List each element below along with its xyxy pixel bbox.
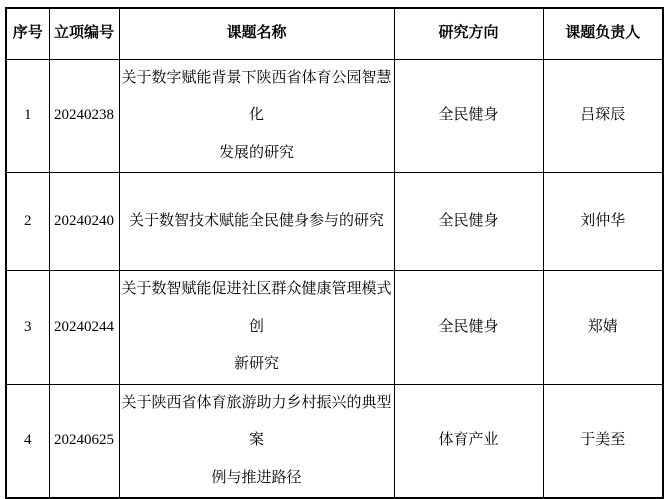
cell-research-direction: 全民健身: [394, 173, 543, 271]
header-serial-number: 序号: [6, 8, 49, 59]
cell-project-code: 20240244: [49, 271, 119, 385]
cell-project-leader: 郑婧: [543, 271, 663, 385]
cell-project-leader: 刘仲华: [543, 173, 663, 271]
table-row: 2 20240240 关于数智技术赋能全民健身参与的研究 全民健身 刘仲华: [6, 173, 663, 271]
cell-serial-number: 4: [6, 384, 49, 498]
cell-project-title: 关于数字赋能背景下陕西省体育公园智慧化 发展的研究: [119, 59, 394, 173]
table-row: 4 20240625 关于陕西省体育旅游助力乡村振兴的典型案 例与推进路径 体育…: [6, 384, 663, 498]
table-row: 1 20240238 关于数字赋能背景下陕西省体育公园智慧化 发展的研究 全民健…: [6, 59, 663, 173]
cell-project-title: 关于陕西省体育旅游助力乡村振兴的典型案 例与推进路径: [119, 384, 394, 498]
cell-project-code: 20240238: [49, 59, 119, 173]
table-header-row: 序号 立项编号 课题名称 研究方向 课题负责人: [6, 8, 663, 59]
project-table: 序号 立项编号 课题名称 研究方向 课题负责人 1 20240238 关于数字赋…: [5, 7, 664, 499]
cell-research-direction: 体育产业: [394, 384, 543, 498]
cell-serial-number: 1: [6, 59, 49, 173]
cell-project-code: 20240240: [49, 173, 119, 271]
header-project-code: 立项编号: [49, 8, 119, 59]
cell-project-title: 关于数智技术赋能全民健身参与的研究: [119, 173, 394, 271]
cell-serial-number: 2: [6, 173, 49, 271]
cell-serial-number: 3: [6, 271, 49, 385]
cell-project-code: 20240625: [49, 384, 119, 498]
cell-project-leader: 于美至: [543, 384, 663, 498]
cell-research-direction: 全民健身: [394, 271, 543, 385]
cell-project-leader: 吕琛辰: [543, 59, 663, 173]
cell-research-direction: 全民健身: [394, 59, 543, 173]
cell-project-title: 关于数智赋能促进社区群众健康管理模式创 新研究: [119, 271, 394, 385]
header-research-direction: 研究方向: [394, 8, 543, 59]
table-row: 3 20240244 关于数智赋能促进社区群众健康管理模式创 新研究 全民健身 …: [6, 271, 663, 385]
document-page: 序号 立项编号 课题名称 研究方向 课题负责人 1 20240238 关于数字赋…: [0, 0, 669, 462]
header-project-title: 课题名称: [119, 8, 394, 59]
header-project-leader: 课题负责人: [543, 8, 663, 59]
